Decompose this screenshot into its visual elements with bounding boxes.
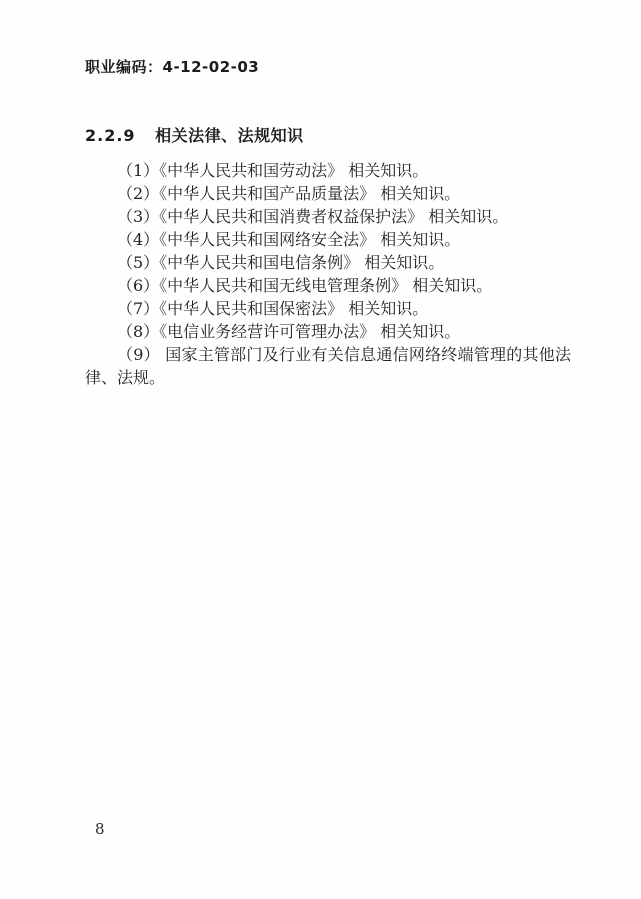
occupation-code-header: 职业编码：4-12-02-03 <box>85 56 259 77</box>
section-number: 2.2.9 <box>85 126 136 145</box>
list-item: （2）《中华人民共和国产品质量法》 相关知识。 <box>85 182 571 205</box>
list-item: （9） 国家主管部门及行业有关信息通信网络终端管理的其他法律、法规。 <box>85 343 571 389</box>
list-item: （8）《电信业务经营许可管理办法》 相关知识。 <box>85 320 571 343</box>
list-item: （3）《中华人民共和国消费者权益保护法》 相关知识。 <box>85 205 571 228</box>
list-item: （1）《中华人民共和国劳动法》 相关知识。 <box>85 159 571 182</box>
section-title: 相关法律、法规知识 <box>155 126 304 145</box>
legal-knowledge-list: （1）《中华人民共和国劳动法》 相关知识。（2）《中华人民共和国产品质量法》 相… <box>85 159 571 389</box>
section-heading: 2.2.9 相关法律、法规知识 <box>85 123 304 146</box>
document-page: 职业编码：4-12-02-03 2.2.9 相关法律、法规知识 （1）《中华人民… <box>0 0 641 899</box>
list-item: （6）《中华人民共和国无线电管理条例》 相关知识。 <box>85 274 571 297</box>
list-item: （5）《中华人民共和国电信条例》 相关知识。 <box>85 251 571 274</box>
list-item: （7）《中华人民共和国保密法》 相关知识。 <box>85 297 571 320</box>
page-number: 8 <box>95 820 105 838</box>
list-item: （4）《中华人民共和国网络安全法》 相关知识。 <box>85 228 571 251</box>
